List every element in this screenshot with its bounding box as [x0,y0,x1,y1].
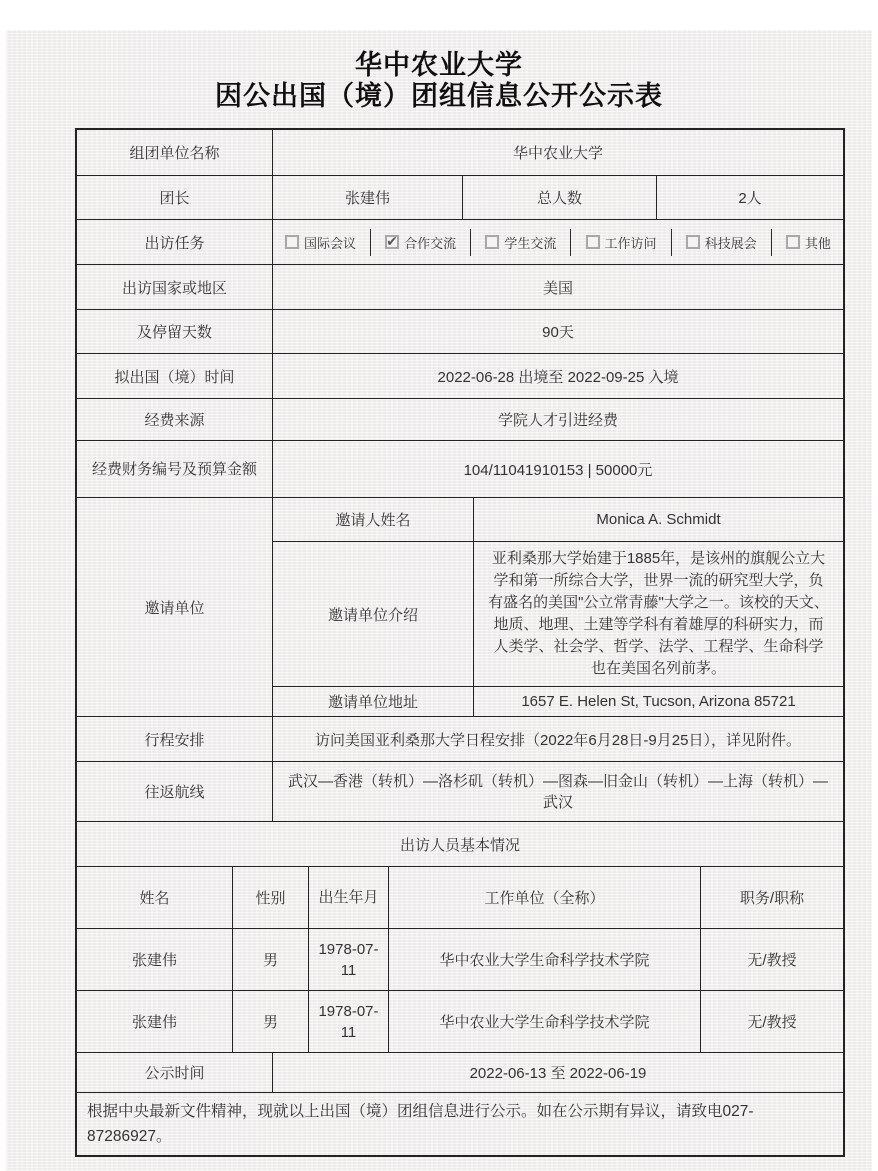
personnel-header-workunit: 工作单位（全称） [388,867,700,928]
total-count-value: 2人 [656,176,843,219]
budget-value: 104/11041910153 | 50000元 [272,441,843,497]
stay-days-value: 90天 [272,310,843,353]
visit-task-options: ✔ 国际会议 ✔ 合作交流 ✔ 学生交流 ✔ 工作访问 [272,220,843,264]
inviter-intro-value: 亚利桑那大学始建于1885年，是该州的旗舰公立大学和第一所综合大学，世界一流的研… [473,542,843,686]
page-title-line2: 因公出国（境）团组信息公开公示表 [6,81,872,112]
row-destination-country: 出访国家或地区 美国 [77,264,843,309]
task-separator [671,229,672,256]
inviter-intro-label: 邀请单位介绍 [273,542,473,686]
row-itinerary: 行程安排 访问美国亚利桑那大学日程安排（2022年6月28日-9月25日），详见… [77,716,843,761]
destination-country-value: 美国 [272,265,843,309]
organizing-unit-label: 组团单位名称 [77,130,272,175]
publicity-period-label: 公示时间 [77,1053,272,1092]
row-stay-days: 及停留天数 90天 [77,309,843,353]
row-inviter-name: 邀请人姓名 Monica A. Schmidt [273,498,843,541]
task-separator [771,229,772,256]
task-option-work-visit: ✔ 工作访问 [586,233,657,252]
personnel-workunit: 华中农业大学生命科学技术学院 [388,991,700,1052]
personnel-name: 张建伟 [77,991,232,1052]
personnel-header-gender: 性别 [232,867,308,928]
task-option-label: 科技展会 [705,233,757,252]
task-option-label: 国际会议 [304,233,356,252]
task-separator [470,229,471,256]
checkbox-international-conference[interactable]: ✔ [285,235,299,249]
itinerary-label: 行程安排 [77,717,272,761]
task-option-student-exchange: ✔ 学生交流 [485,233,556,252]
disclosure-form-table: 组团单位名称 华中农业大学 团长 张建伟 总人数 2人 出访任务 ✔ 国际会议 … [75,128,845,1157]
flight-route-label: 往返航线 [77,762,272,821]
stay-days-label: 及停留天数 [77,310,272,353]
row-budget: 经费财务编号及预算金额 104/11041910153 | 50000元 [77,440,843,497]
task-option-other: ✔ 其他 [786,233,831,252]
personnel-header-birthdate: 出生年月 [308,867,388,928]
travel-time-label: 拟出国（境）时间 [77,354,272,398]
budget-label: 经费财务编号及预算金额 [77,441,272,497]
footer-note: 根据中央最新文件精神，现就以上出国（境）团组信息进行公示。如在公示期有异议，请致… [77,1093,843,1155]
task-option-label: 学生交流 [504,233,556,252]
inviting-unit-label: 邀请单位 [77,498,272,716]
checkmark-icon: ✔ [386,233,398,250]
row-inviter-address: 邀请单位地址 1657 E. Helen St, Tucson, Arizona… [273,686,843,716]
funding-source-label: 经费来源 [77,399,272,440]
personnel-header-position: 职务/职称 [700,867,843,928]
personnel-row: 张建伟 男 1978-07-11 华中农业大学生命科学技术学院 无/教授 [77,928,843,990]
row-travel-time: 拟出国（境）时间 2022-06-28 出境至 2022-09-25 入境 [77,353,843,398]
visit-task-label: 出访任务 [77,220,272,264]
row-flight-route: 往返航线 武汉—香港（转机）—洛杉矶（转机）—图森—旧金山（转机）—上海（转机）… [77,761,843,821]
row-funding-source: 经费来源 学院人才引进经费 [77,398,843,440]
checkbox-work-visit[interactable]: ✔ [586,235,600,249]
personnel-workunit: 华中农业大学生命科学技术学院 [388,929,700,990]
page-title: 华中农业大学 因公出国（境）团组信息公开公示表 [6,50,872,112]
inviter-name-label: 邀请人姓名 [273,498,473,541]
inviting-unit-details: 邀请人姓名 Monica A. Schmidt 邀请单位介绍 亚利桑那大学始建于… [272,498,843,716]
row-inviter-intro: 邀请单位介绍 亚利桑那大学始建于1885年，是该州的旗舰公立大学和第一所综合大学… [273,541,843,686]
leader-label: 团长 [77,176,272,219]
personnel-gender: 男 [232,929,308,990]
row-organizing-unit: 组团单位名称 华中农业大学 [77,130,843,175]
personnel-header-row: 姓名 性别 出生年月 工作单位（全称） 职务/职称 [77,866,843,928]
organizing-unit-value: 华中农业大学 [272,130,843,175]
row-publicity-period: 公示时间 2022-06-13 至 2022-06-19 [77,1052,843,1092]
checkbox-tech-expo[interactable]: ✔ [686,235,700,249]
row-visit-tasks: 出访任务 ✔ 国际会议 ✔ 合作交流 ✔ 学生交流 ✔ [77,219,843,264]
page-background: 华中农业大学 因公出国（境）团组信息公开公示表 组团单位名称 华中农业大学 团长… [6,30,872,1171]
inviter-name-value: Monica A. Schmidt [473,498,843,541]
checkbox-other[interactable]: ✔ [786,235,800,249]
personnel-position: 无/教授 [700,929,843,990]
inviter-address-label: 邀请单位地址 [273,687,473,716]
row-leader: 团长 张建伟 总人数 2人 [77,175,843,219]
travel-time-value: 2022-06-28 出境至 2022-09-25 入境 [272,354,843,398]
personnel-header-name: 姓名 [77,867,232,928]
inviter-address-value: 1657 E. Helen St, Tucson, Arizona 85721 [473,687,843,716]
publicity-period-value: 2022-06-13 至 2022-06-19 [272,1053,843,1092]
task-option-label: 合作交流 [404,233,456,252]
task-option-label: 工作访问 [605,233,657,252]
task-option-cooperation-exchange: ✔ 合作交流 [385,233,456,252]
total-count-label: 总人数 [462,176,656,219]
checkbox-student-exchange[interactable]: ✔ [485,235,499,249]
row-footer-note: 根据中央最新文件精神，现就以上出国（境）团组信息进行公示。如在公示期有异议，请致… [77,1092,843,1155]
destination-country-label: 出访国家或地区 [77,265,272,309]
itinerary-value: 访问美国亚利桑那大学日程安排（2022年6月28日-9月25日），详见附件。 [272,717,843,761]
personnel-gender: 男 [232,991,308,1052]
task-option-international-conference: ✔ 国际会议 [285,233,356,252]
task-option-tech-expo: ✔ 科技展会 [686,233,757,252]
personnel-section-title: 出访人员基本情况 [77,822,843,866]
leader-value: 张建伟 [272,176,462,219]
flight-route-value: 武汉—香港（转机）—洛杉矶（转机）—图森—旧金山（转机）—上海（转机）—武汉 [272,762,843,821]
task-option-label: 其他 [805,233,831,252]
row-inviting-unit: 邀请单位 邀请人姓名 Monica A. Schmidt 邀请单位介绍 亚利桑那… [77,497,843,716]
personnel-position: 无/教授 [700,991,843,1052]
personnel-row: 张建伟 男 1978-07-11 华中农业大学生命科学技术学院 无/教授 [77,990,843,1052]
row-personnel-section-header: 出访人员基本情况 [77,821,843,866]
checkbox-cooperation-exchange[interactable]: ✔ [385,235,399,249]
task-separator [570,229,571,256]
personnel-birthdate: 1978-07-11 [308,929,388,990]
funding-source-value: 学院人才引进经费 [272,399,843,440]
task-separator [370,229,371,256]
personnel-name: 张建伟 [77,929,232,990]
personnel-birthdate: 1978-07-11 [308,991,388,1052]
page-title-line1: 华中农业大学 [6,50,872,81]
